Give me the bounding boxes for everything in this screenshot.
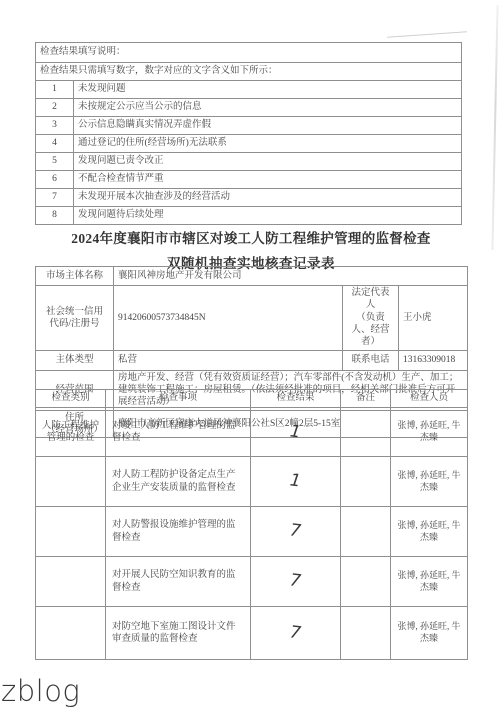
legend-num: 6 (36, 171, 74, 189)
market-entity-value: 襄阳风神房地产开发有限公司 (114, 267, 468, 286)
legend-row: 6不配合检查情节严重 (36, 171, 462, 189)
legend-text: 通过登记的住所(经营场所)无法联系 (74, 135, 462, 153)
handwritten-result: 7 (289, 621, 302, 644)
phone-value: 13163309018 (399, 350, 468, 370)
row-entity-type: 主体类型 私营 联系电话 13163309018 (36, 350, 468, 370)
result-cell: 7 (251, 507, 341, 557)
legend-num: 1 (36, 81, 74, 99)
note-cell (341, 507, 391, 557)
legend-text: 未按规定公示应当公示的信息 (74, 99, 462, 117)
category-cell (36, 557, 106, 607)
legal-rep-label: 法定代表人 （负责人、经营者） (343, 286, 399, 351)
inspection-row: 对开展人民防空知识教育的监督检查 7 张博, 孙延旺, 牛杰臻 (36, 557, 468, 607)
legend-row: 2未按规定公示应当公示的信息 (36, 99, 462, 117)
inspection-table: 检查类别 检查事项 检查结果 备注 检查人员 人防工程维护 管理的检查 对竣工人… (35, 389, 468, 660)
category-cell (36, 457, 106, 507)
legend-text: 未发现开展本次抽查涉及的经营活动 (74, 189, 462, 207)
legend-row: 1未发现问题 (36, 81, 462, 99)
item-cell: 对人防警报设施维护管理的监督检查 (106, 507, 251, 557)
inspectors-cell: 张博, 孙延旺, 牛杰臻 (391, 408, 468, 457)
category-cell (36, 507, 106, 557)
legend-num: 7 (36, 189, 74, 207)
inspection-row: 对人防工程防护设备定点生产企业生产安装质量的监督检查 1 张博, 孙延旺, 牛杰… (36, 457, 468, 507)
inspectors-cell: 张博, 孙延旺, 牛杰臻 (391, 457, 468, 507)
note-cell (341, 457, 391, 507)
result-cell: 7 (251, 607, 341, 660)
header-note: 备注 (341, 390, 391, 408)
handwritten-result: 1 (289, 420, 302, 443)
scan-page-edge-top (387, 31, 467, 38)
header-inspectors: 检查人员 (391, 390, 468, 408)
inspection-header-row: 检查类别 检查事项 检查结果 备注 检查人员 (36, 390, 468, 408)
item-cell: 对人防工程防护设备定点生产企业生产安装质量的监督检查 (106, 457, 251, 507)
legend-row: 4通过登记的住所(经营场所)无法联系 (36, 135, 462, 153)
credit-code-value: 91420600573734845N (114, 286, 343, 351)
item-cell: 对开展人民防空知识教育的监督检查 (106, 557, 251, 607)
row-market-entity: 市场主体名称 襄阳风神房地产开发有限公司 (36, 267, 468, 286)
inspection-row: 对人防警报设施维护管理的监督检查 7 张博, 孙延旺, 牛杰臻 (36, 507, 468, 557)
item-cell: 对防空地下室施工图设计文件审查质量的监督检查 (106, 607, 251, 660)
legend-num: 4 (36, 135, 74, 153)
credit-code-label: 社会统一信用 代码/注册号 (36, 286, 114, 351)
header-category: 检查类别 (36, 390, 106, 408)
legend-num: 2 (36, 99, 74, 117)
legal-rep-value: 王小虎 (399, 286, 468, 351)
phone-label: 联系电话 (343, 350, 399, 370)
legend-num: 5 (36, 153, 74, 171)
result-cell: 1 (251, 408, 341, 457)
document-title-line1: 2024年度襄阳市市辖区对竣工人防工程维护管理的监督检查 (35, 227, 467, 247)
legend-text: 发现问题已责令改正 (74, 153, 462, 171)
inspection-row: 人防工程维护 管理的检查 对竣工人防工程维护管理的监督检查 1 张博, 孙延旺,… (36, 408, 468, 457)
site-watermark: zblog (1, 674, 80, 707)
inspectors-cell: 张博, 孙延旺, 牛杰臻 (391, 557, 468, 607)
header-item: 检查事项 (106, 390, 251, 408)
handwritten-result: 7 (289, 520, 302, 543)
market-entity-label: 市场主体名称 (36, 267, 114, 286)
legend-num: 8 (36, 207, 74, 225)
inspectors-cell: 张博, 孙延旺, 牛杰臻 (391, 507, 468, 557)
legend-text: 发现问题待后续处理 (74, 207, 462, 225)
legend-row: 8发现问题待后续处理 (36, 207, 462, 225)
result-legend-table: 检查结果填写说明： 检查结果只需填写数字，数字对应的文字含义如下所示： 1未发现… (35, 42, 462, 225)
legend-title: 检查结果填写说明： (36, 43, 462, 63)
handwritten-result: 1 (289, 470, 302, 493)
scan-page-edge-right (491, 5, 498, 250)
inspection-row: 对防空地下室施工图设计文件审查质量的监督检查 7 张博, 孙延旺, 牛杰臻 (36, 607, 468, 660)
legend-text: 公示信息隐瞒真实情况弄虚作假 (74, 117, 462, 135)
legend-num: 3 (36, 117, 74, 135)
item-cell: 对竣工人防工程维护管理的监督检查 (106, 408, 251, 457)
row-credit-code: 社会统一信用 代码/注册号 91420600573734845N 法定代表人 （… (36, 286, 468, 351)
legend-text: 不配合检查情节严重 (74, 171, 462, 189)
legend-row: 7未发现开展本次抽查涉及的经营活动 (36, 189, 462, 207)
result-cell: 7 (251, 557, 341, 607)
note-cell (341, 557, 391, 607)
note-cell (341, 408, 391, 457)
legend-row: 5发现问题已责令改正 (36, 153, 462, 171)
legend-text: 未发现问题 (74, 81, 462, 99)
category-cell: 人防工程维护 管理的检查 (36, 408, 106, 457)
header-result: 检查结果 (251, 390, 341, 408)
category-cell (36, 607, 106, 660)
entity-type-value: 私营 (114, 350, 343, 370)
legend-row: 3公示信息隐瞒真实情况弄虚作假 (36, 117, 462, 135)
handwritten-result: 7 (289, 570, 302, 593)
inspectors-cell: 张博, 孙延旺, 牛杰臻 (391, 607, 468, 660)
note-cell (341, 607, 391, 660)
legend-subtitle: 检查结果只需填写数字，数字对应的文字含义如下所示： (36, 63, 462, 81)
result-cell: 1 (251, 457, 341, 507)
entity-type-label: 主体类型 (36, 350, 114, 370)
